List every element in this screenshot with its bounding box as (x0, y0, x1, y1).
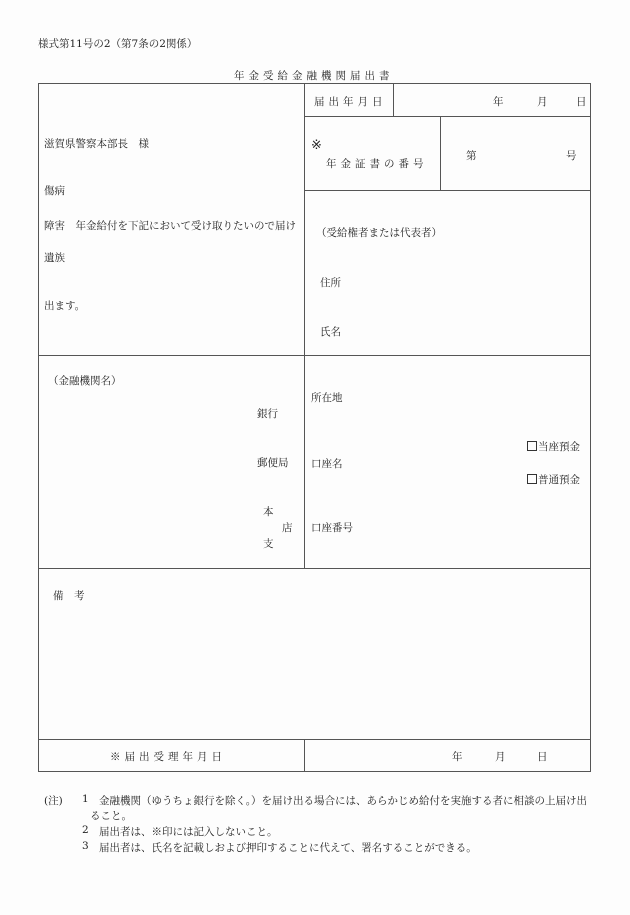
cert-number-suffix: 号 (566, 148, 577, 163)
account-number-label: 口座番号 (311, 520, 353, 535)
divider-cert-row (304, 190, 591, 191)
location-label: 所在地 (311, 390, 343, 405)
note-1-cont: ること。 (90, 808, 132, 823)
bank-suffix: 銀行 (257, 406, 278, 421)
account-type-checking[interactable]: 当座預金 (527, 439, 580, 454)
note-mark: ※ (311, 138, 322, 153)
sub-branch: 支 (263, 536, 274, 551)
divider-receipt-top (38, 739, 591, 740)
note-3-num: 3 (82, 840, 89, 852)
bank-heading: （金融機関名） (48, 373, 122, 388)
type-disability-body: 障害 年金給付を下記において受け取りたいので届け (44, 218, 296, 233)
receipt-label: ※届出受理年月日 (110, 749, 226, 764)
table-border-left (38, 83, 39, 772)
checkbox[interactable] (527, 441, 537, 451)
note-3-text: 届出者は、氏名を記載しおよび押印することに代えて、署名することができる。 (99, 840, 477, 855)
type-survivor[interactable]: 遺族 (44, 250, 65, 265)
body-end: 出ます。 (44, 298, 85, 313)
address-label: 住所 (320, 275, 341, 290)
post-suffix: 郵便局 (257, 455, 289, 470)
receipt-year: 年 (452, 749, 463, 764)
date-year[interactable]: 年 (493, 94, 504, 109)
divider-date-label (393, 83, 394, 116)
pension-cert-label: 年金証書の番号 (326, 156, 428, 171)
divider-vertical-main (304, 83, 305, 568)
form-title: 年金受給金融機関届出書 (234, 68, 394, 83)
addressee: 滋賀県警察本部長 様 (44, 136, 149, 151)
checkbox[interactable] (527, 474, 537, 484)
date-day[interactable]: 日 (576, 94, 587, 109)
receipt-day: 日 (537, 749, 548, 764)
account-type-savings[interactable]: 普通預金 (527, 472, 580, 487)
cert-number-prefix: 第 (466, 148, 477, 163)
account-name-label: 口座名 (311, 456, 343, 471)
date-label: 届出年月日 (314, 94, 387, 109)
divider-receipt (304, 739, 305, 772)
table-border-bottom (38, 771, 591, 772)
divider-bank-top (38, 355, 591, 356)
note-1-num: 1 (82, 793, 89, 805)
main-branch: 本 (263, 504, 274, 519)
date-month[interactable]: 月 (537, 94, 548, 109)
type-injury[interactable]: 傷病 (44, 183, 65, 198)
recipient-heading: （受給権者または代表者） (316, 225, 442, 240)
divider-cert (440, 116, 441, 190)
remarks-label: 備 考 (53, 588, 85, 603)
divider-date-row (304, 116, 591, 117)
name-label: 氏名 (320, 324, 341, 339)
note-2-num: 2 (82, 824, 89, 836)
note-2-text: 届出者は、※印には記入しないこと。 (99, 824, 278, 839)
form-number: 様式第11号の2（第7条の2関係） (38, 36, 197, 51)
receipt-month: 月 (495, 749, 506, 764)
divider-remarks-top (38, 568, 591, 569)
note-1-text: 金融機関（ゆうちょ銀行を除く。）を届け出る場合には、あらかじめ給付を実施する者に… (99, 793, 587, 808)
branch-shop: 店 (282, 520, 293, 535)
table-border-right (590, 83, 591, 772)
table-border-top (38, 83, 591, 84)
notes-prefix: (注) (44, 793, 63, 808)
